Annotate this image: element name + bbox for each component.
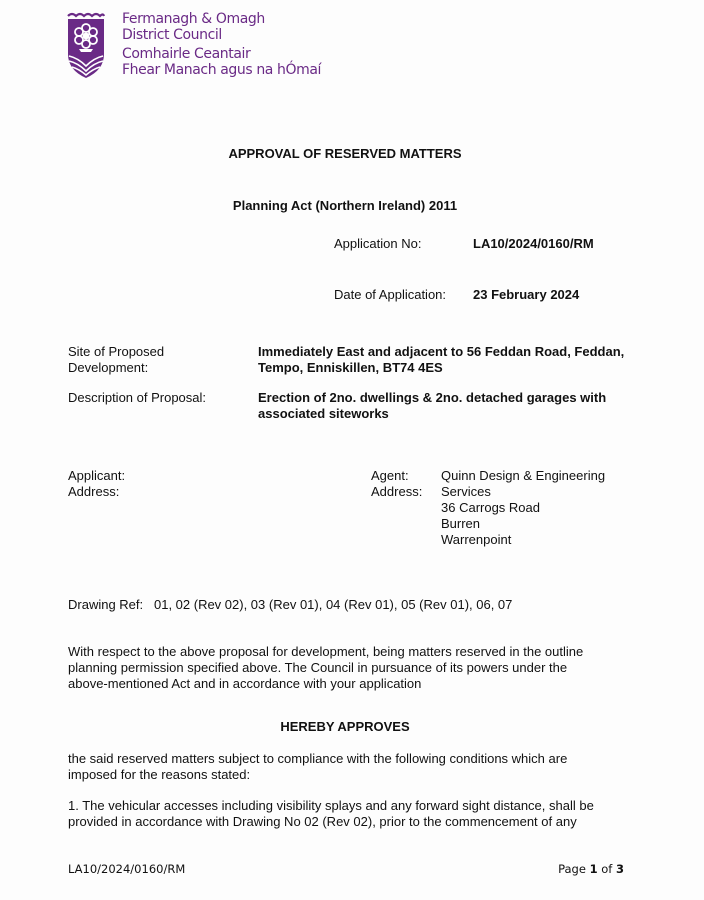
application-date: 23 February 2024 xyxy=(473,287,579,303)
description-label: Description of Proposal: xyxy=(68,390,206,406)
page-total: 3 xyxy=(616,862,624,876)
conditions-intro: the said reserved matters subject to com… xyxy=(68,751,567,783)
site-label: Site of Proposed Development: xyxy=(68,344,164,376)
approves-heading: HEREBY APPROVES xyxy=(0,719,690,734)
document-title: APPROVAL OF RESERVED MATTERS xyxy=(0,146,690,161)
drawing-ref: Drawing Ref: 01, 02 (Rev 02), 03 (Rev 01… xyxy=(68,597,512,613)
paragraph-line: With respect to the above proposal for d… xyxy=(68,644,583,660)
council-crest-icon xyxy=(66,12,106,80)
agent-line: Warrenpoint xyxy=(441,532,605,548)
council-name-line: District Council xyxy=(122,27,321,43)
description-line: associated siteworks xyxy=(258,406,606,422)
act-title: Planning Act (Northern Ireland) 2011 xyxy=(0,198,690,213)
description-line: Erection of 2no. dwellings & 2no. detach… xyxy=(258,390,606,406)
drawing-ref-value: 01, 02 (Rev 02), 03 (Rev 01), 04 (Rev 01… xyxy=(154,597,512,612)
agent-address-label: Address: xyxy=(371,484,422,500)
proposal-description: Erection of 2no. dwellings & 2no. detach… xyxy=(258,390,606,422)
site-address-line: Tempo, Enniskillen, BT74 4ES xyxy=(258,360,624,376)
intro-paragraph: With respect to the above proposal for d… xyxy=(68,644,583,692)
council-name-irish-line: Fhear Manach agus na hÓmaí xyxy=(122,62,321,78)
agent-label: Agent: xyxy=(371,468,422,484)
page-prefix: Page xyxy=(558,862,586,876)
site-label-line: Development: xyxy=(68,360,164,376)
site-address-line: Immediately East and adjacent to 56 Fedd… xyxy=(258,344,624,360)
condition-1: 1. The vehicular accesses including visi… xyxy=(68,798,594,830)
paragraph-line: planning permission specified above. The… xyxy=(68,660,583,676)
applicant-labels: Applicant: Address: xyxy=(68,468,125,500)
agent-labels: Agent: Address: xyxy=(371,468,422,500)
page-indicator: Page 1 of 3 xyxy=(558,862,624,876)
paragraph-line: above-mentioned Act and in accordance wi… xyxy=(68,676,583,692)
agent-line: 36 Carrogs Road xyxy=(441,500,605,516)
agent-line: Burren xyxy=(441,516,605,532)
page-current: 1 xyxy=(590,862,598,876)
date-label: Date of Application: xyxy=(334,287,446,303)
council-name-line: Fermanagh & Omagh xyxy=(122,11,321,27)
drawing-ref-label: Drawing Ref: xyxy=(68,597,143,612)
council-name: Fermanagh & Omagh District Council Comha… xyxy=(122,11,321,78)
application-no-label: Application No: xyxy=(334,236,421,252)
condition-line: 1. The vehicular accesses including visi… xyxy=(68,798,594,814)
applicant-label: Applicant: xyxy=(68,468,125,484)
condition-line: provided in accordance with Drawing No 0… xyxy=(68,814,594,830)
footer-reference: LA10/2024/0160/RM xyxy=(68,862,185,876)
agent-line: Services xyxy=(441,484,605,500)
paragraph-line: imposed for the reasons stated: xyxy=(68,767,567,783)
page-of: of xyxy=(601,862,612,876)
application-no: LA10/2024/0160/RM xyxy=(473,236,594,252)
agent-line: Quinn Design & Engineering xyxy=(441,468,605,484)
applicant-address-label: Address: xyxy=(68,484,125,500)
paragraph-line: the said reserved matters subject to com… xyxy=(68,751,567,767)
council-name-irish-line: Comhairle Ceantair xyxy=(122,46,321,62)
agent-details: Quinn Design & Engineering Services 36 C… xyxy=(441,468,605,548)
site-label-line: Site of Proposed xyxy=(68,344,164,360)
site-address: Immediately East and adjacent to 56 Fedd… xyxy=(258,344,624,376)
